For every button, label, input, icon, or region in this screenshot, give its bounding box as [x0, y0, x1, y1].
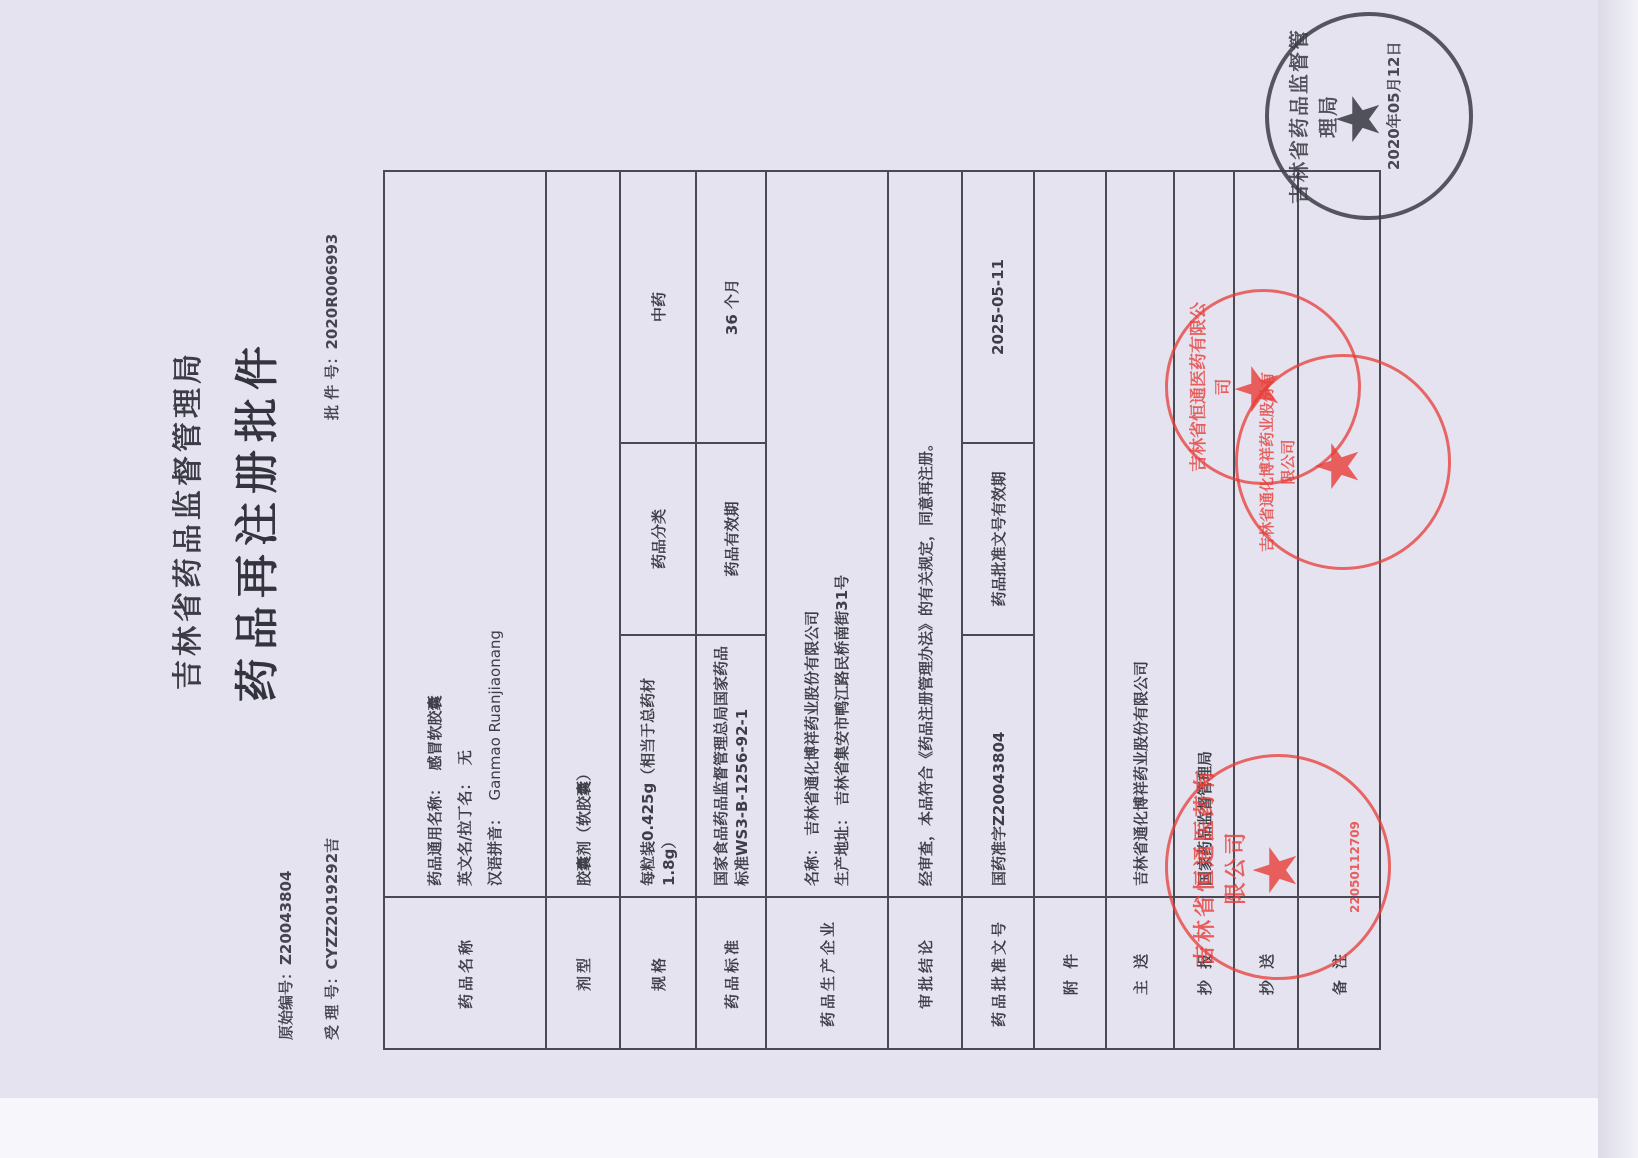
value-standard: 国家食品药品监督管理总局国家药品标准WS3-B-1256-92-1: [696, 635, 766, 897]
label-drug-name: 药品名称: [384, 897, 546, 1049]
row-manufacturer: 药品生产企业 名称： 吉林省通化博祥药业股份有限公司 生产地址： 吉林省集安市鸭…: [766, 171, 888, 1049]
document-page: 吉林省药品监督管理局 药品再注册批件 原始编号：Z20043804 受 理 号：…: [135, 0, 1455, 1040]
scan-bottom-margin: [0, 1098, 1638, 1158]
row-dosage-form: 剂型 胶囊剂（软胶囊）: [546, 171, 620, 1049]
issuing-authority: 吉林省药品监督管理局: [163, 0, 207, 1040]
row-cc-send: 抄 送: [1234, 171, 1298, 1049]
scan-right-margin: [1598, 0, 1638, 1158]
value-specification: 每粒装0.425g（相当于总药材1.8g）: [620, 635, 696, 897]
value-main-recipient: 吉林省通化博祥药业股份有限公司: [1106, 171, 1174, 897]
value-approval-doc: 国药准字Z20043804: [962, 635, 1034, 897]
row-remarks: 备 注: [1298, 171, 1380, 1049]
value-category: 中药: [620, 171, 696, 443]
value-approval-validity: 2025-05-11: [962, 171, 1034, 443]
value-drug-name: 药品通用名称： 感冒软胶囊 英文名/拉丁名： 无 汉语拼音： Ganmao Ru…: [384, 171, 546, 897]
value-shelf-life: 36 个月: [696, 171, 766, 443]
row-specification: 规格 每粒装0.425g（相当于总药材1.8g） 药品分类 中药: [620, 171, 696, 1049]
value-cc-report: 国家药品监督管理局: [1174, 171, 1234, 897]
original-number: 原始编号：Z20043804: [275, 871, 296, 1040]
row-standard: 药品标准 国家食品药品监督管理总局国家药品标准WS3-B-1256-92-1 药…: [696, 171, 766, 1049]
value-conclusion: 经审查，本品符合《药品注册管理办法》的有关规定，同意再注册。: [888, 171, 962, 897]
row-cc-report: 抄 报 国家药品监督管理局: [1174, 171, 1234, 1049]
generic-name: 感冒软胶囊: [426, 696, 444, 771]
row-main-recipient: 主 送 吉林省通化博祥药业股份有限公司: [1106, 171, 1174, 1049]
english-latin-name: 无: [456, 750, 474, 765]
approval-number: 批 件 号：2020R006993: [321, 234, 342, 420]
row-attachment: 附 件: [1034, 171, 1106, 1049]
value-dosage-form: 胶囊剂（软胶囊）: [546, 171, 620, 897]
row-drug-name: 药品名称 药品通用名称： 感冒软胶囊 英文名/拉丁名： 无 汉语拼音： Ganm…: [384, 171, 546, 1049]
acceptance-number: 受 理 号：CYZZ2019292吉: [321, 838, 342, 1040]
pinyin-name: Ganmao Ruanjiaonang: [486, 630, 504, 800]
row-approval-number: 药品批准文号 国药准字Z20043804 药品批准文号有效期 2025-05-1…: [962, 171, 1034, 1049]
seal-date: 2020年05月12日: [1383, 42, 1404, 171]
approval-table: 药品名称 药品通用名称： 感冒软胶囊 英文名/拉丁名： 无 汉语拼音： Ganm…: [383, 170, 1381, 1050]
manufacturer-address: 吉林省集安市鸭江路民桥南街31号: [833, 575, 851, 806]
row-conclusion: 审批结论 经审查，本品符合《药品注册管理办法》的有关规定，同意再注册。: [888, 171, 962, 1049]
seal-star-icon: ★: [1329, 92, 1389, 146]
manufacturer-name: 吉林省通化博祥药业股份有限公司: [803, 611, 821, 836]
